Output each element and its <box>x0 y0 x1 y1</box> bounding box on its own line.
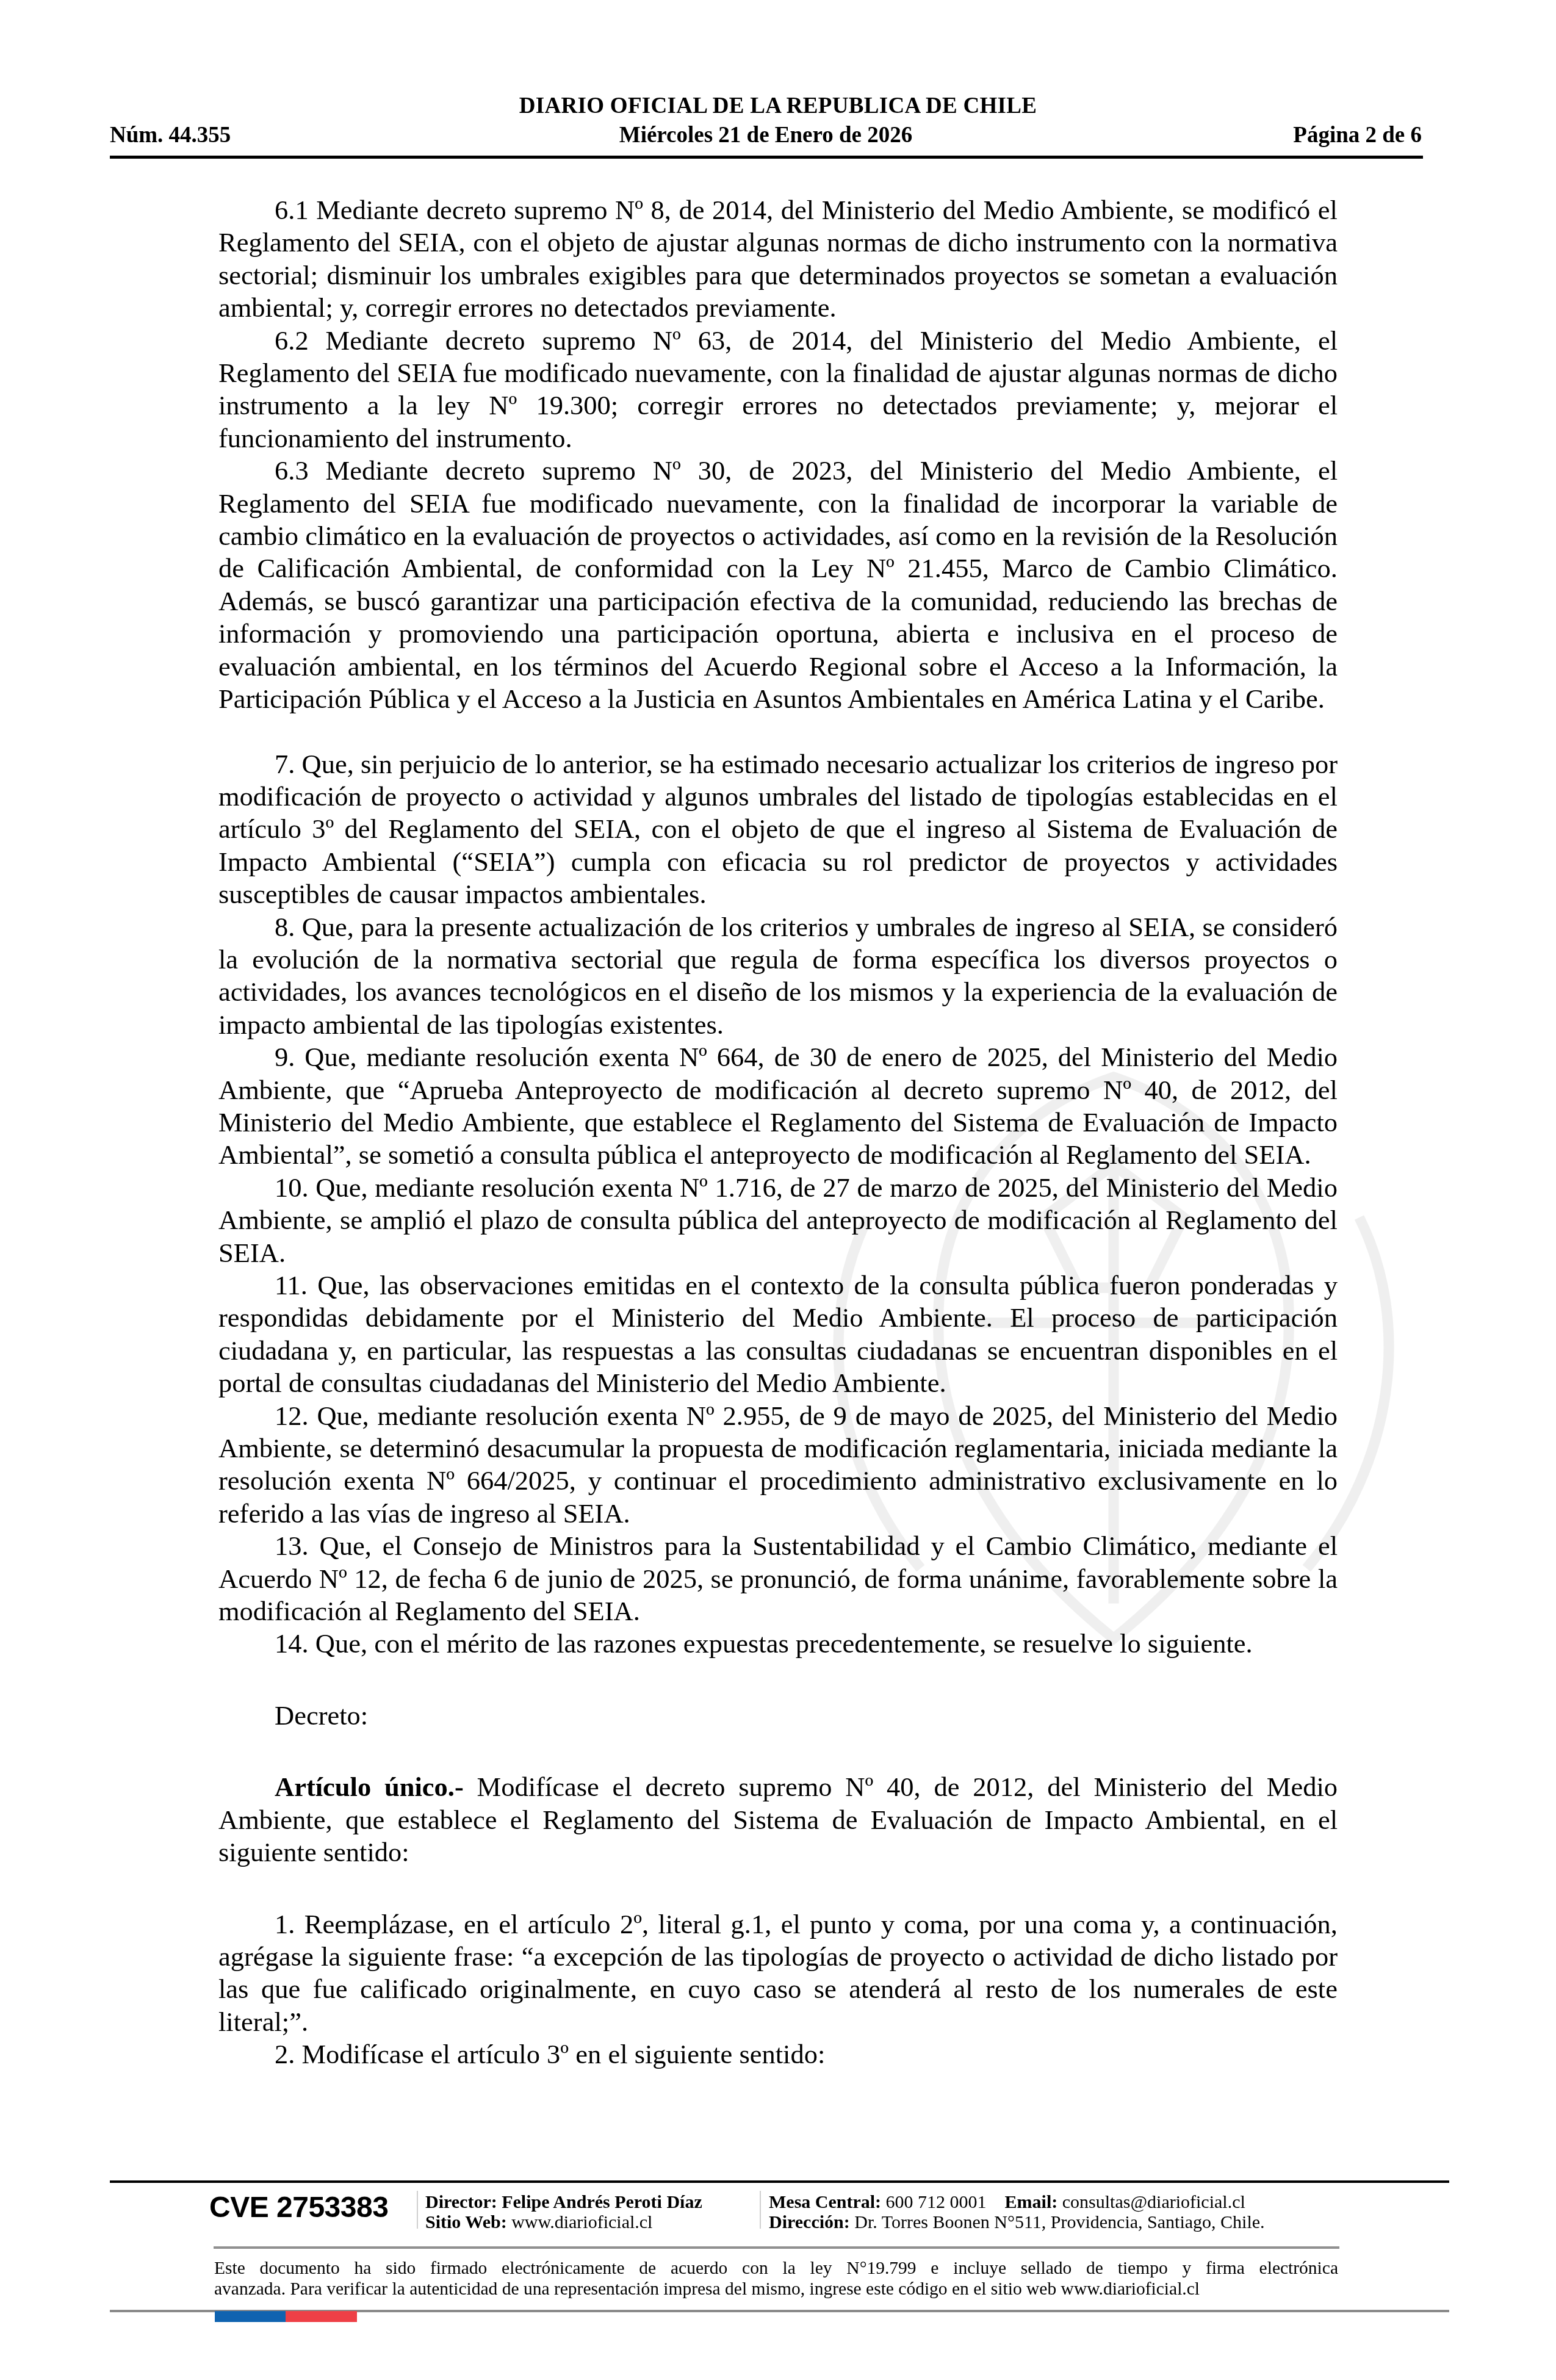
newspaper-title: DIARIO OFICIAL DE LA REPUBLICA DE CHILE <box>0 93 1556 119</box>
disclaimer-line-1: Este documento ha sido firmado electróni… <box>214 2258 1338 2279</box>
flag-stripe-blue <box>215 2311 286 2322</box>
disclaimer-line-2: avanzada. Para verificar la autenticidad… <box>214 2279 1338 2299</box>
paragraph-6-3: 6.3 Mediante decreto supremo Nº 30, de 2… <box>218 455 1338 715</box>
director-name: Felipe Andrés Peroti Díaz <box>502 2192 702 2212</box>
paragraph-10: 10. Que, mediante resolución exenta Nº 1… <box>218 1172 1338 1269</box>
address: Dr. Torres Boonen N°511, Providencia, Sa… <box>854 2212 1264 2232</box>
website-link[interactable]: www.diarioficial.cl <box>511 2212 652 2232</box>
flag-stripe-red <box>286 2311 357 2322</box>
footer-contact-block: Mesa Central: 600 712 0001Email: consult… <box>769 2192 1265 2232</box>
paragraph-14: 14. Que, con el mérito de las razones ex… <box>218 1628 1338 1660</box>
item-1: 1. Reemplázase, en el artículo 2º, liter… <box>218 1908 1338 2039</box>
address-label: Dirección: <box>769 2212 850 2232</box>
email-label: Email: <box>1005 2192 1058 2212</box>
page-indicator: Página 2 de 6 <box>1293 122 1422 148</box>
footer-separator <box>417 2191 418 2229</box>
website-label: Sitio Web: <box>425 2212 507 2232</box>
paragraph-8: 8. Que, para la presente actualización d… <box>218 911 1338 1042</box>
publication-date: Miércoles 21 de Enero de 2026 <box>110 122 1422 148</box>
signature-disclaimer: Este documento ha sido firmado electróni… <box>214 2258 1338 2299</box>
cve-code: CVE 2753383 <box>209 2191 388 2224</box>
paragraph-9: 9. Que, mediante resolución exenta Nº 66… <box>218 1041 1338 1172</box>
paragraph-7: 7. Que, sin perjuicio de lo anterior, se… <box>218 748 1338 911</box>
decreto-label: Decreto: <box>218 1700 1338 1732</box>
footer-director-block: Director: Felipe Andrés Peroti Díaz Siti… <box>425 2192 702 2232</box>
header-divider <box>110 156 1423 159</box>
footer-divider-top <box>110 2180 1449 2183</box>
paragraph-12: 12. Que, mediante resolución exenta Nº 2… <box>218 1400 1338 1531</box>
document-body: 6.1 Mediante decreto supremo Nº 8, de 20… <box>218 194 1338 2071</box>
footer-separator <box>760 2191 761 2229</box>
paragraph-13: 13. Que, el Consejo de Ministros para la… <box>218 1530 1338 1628</box>
phone-label: Mesa Central: <box>769 2192 881 2212</box>
paragraph-6-2: 6.2 Mediante decreto supremo Nº 63, de 2… <box>218 325 1338 455</box>
articulo-unico: Artículo único.- Modifícase el decreto s… <box>218 1771 1338 1869</box>
phone-number: 600 712 0001 <box>886 2192 987 2212</box>
email-link[interactable]: consultas@diarioficial.cl <box>1062 2192 1245 2212</box>
articulo-unico-heading: Artículo único.- <box>275 1772 464 1802</box>
director-label: Director: <box>425 2192 497 2212</box>
header-row: Núm. 44.355 Miércoles 21 de Enero de 202… <box>110 122 1422 149</box>
footer-divider-middle <box>214 2246 1339 2249</box>
item-2: 2. Modifícase el artículo 3º en el sigui… <box>218 2038 1338 2071</box>
paragraph-6-1: 6.1 Mediante decreto supremo Nº 8, de 20… <box>218 194 1338 325</box>
paragraph-11: 11. Que, las observaciones emitidas en e… <box>218 1269 1338 1400</box>
